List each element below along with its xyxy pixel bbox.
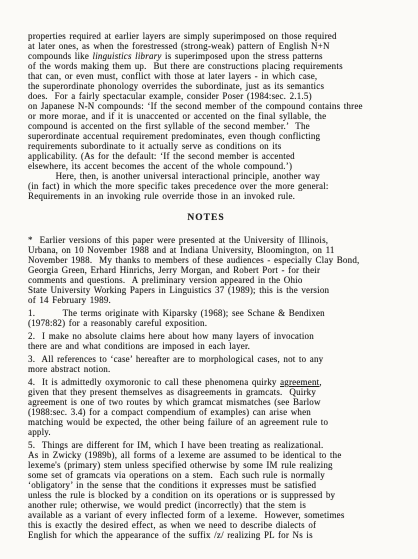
text-line: the superordinate phonology overrides th… bbox=[28, 81, 398, 91]
text-line: apply. bbox=[28, 427, 398, 437]
footnote-2: 2. I make no absolute claims here about … bbox=[28, 331, 398, 351]
body-paragraph-superimposition: properties required at earlier layers ar… bbox=[28, 31, 398, 171]
text-line: (in fact) in which the more specific tak… bbox=[28, 181, 398, 191]
text-line: compound is accented on the first syllab… bbox=[28, 121, 398, 131]
text-line: unless the rule is blocked by a conditio… bbox=[28, 490, 398, 500]
text-line: does. For a fairly spectacular example, … bbox=[28, 91, 398, 101]
text-line: November 1988. My thanks to members of t… bbox=[28, 255, 398, 265]
text-line: some set of gramcats via operations on a… bbox=[28, 470, 398, 480]
text-line: applicability. (As for the default: ‘If … bbox=[28, 151, 398, 161]
text-line: agreement is one of two routes by which … bbox=[28, 397, 398, 407]
text-line: (1978:82) for a reasonably careful expos… bbox=[28, 318, 398, 328]
text-line: English for which the appearance of the … bbox=[28, 530, 398, 540]
text-line: Requirements in an invoking rule overrid… bbox=[28, 191, 398, 201]
text-line: of the words making them up. But there a… bbox=[28, 61, 398, 71]
text-line: this is exactly the desired effect, as w… bbox=[28, 520, 398, 530]
text-line: State University Working Papers in Lingu… bbox=[28, 285, 398, 295]
text-line: there are and what conditions are impose… bbox=[28, 341, 398, 351]
scanned-paper-page: properties required at earlier layers ar… bbox=[0, 0, 418, 559]
text-line: lexeme's (primary) stem unless specified… bbox=[28, 460, 398, 470]
footnote-5: 5. Things are different for IM, which I … bbox=[28, 440, 398, 540]
text-line: Here, then, is another universal interac… bbox=[28, 171, 398, 181]
footnote-4: 4. It is admittedly oxymoronic to call t… bbox=[28, 377, 398, 437]
text-line: on Japanese N-N compounds: ‘If the secon… bbox=[28, 101, 398, 111]
text-line: Urbana, on 10 November 1988 and at India… bbox=[28, 245, 398, 255]
text-line: at later ones, as when the forestressed … bbox=[28, 41, 398, 51]
footnote-3: 3. All references to ‘case’ hereafter ar… bbox=[28, 354, 398, 374]
text-line: more abstract notion. bbox=[28, 364, 398, 374]
text-line: superordinate accentual requirement pred… bbox=[28, 131, 398, 141]
text-line: Georgia Green, Erhard Hinrichs, Jerry Mo… bbox=[28, 265, 398, 275]
text-line: ‘obligatory’ in the sense that the condi… bbox=[28, 480, 398, 490]
text-line: elsewhere, its accent becomes the accent… bbox=[28, 161, 398, 171]
text-line: matching would be expected, the other be… bbox=[28, 417, 398, 427]
body-paragraph-interactional-principle: Here, then, is another universal interac… bbox=[28, 171, 398, 201]
text-line: of 14 February 1989. bbox=[28, 295, 398, 305]
text-line: compounds like linguistics library is su… bbox=[28, 51, 398, 61]
text-line: given that they present themselves as di… bbox=[28, 387, 398, 397]
text-line: As in Zwicky (1989b), all forms of a lex… bbox=[28, 450, 398, 460]
text-line: comments and questions. A preliminary ve… bbox=[28, 275, 398, 285]
text-line: 3. All references to ‘case’ hereafter ar… bbox=[28, 354, 398, 364]
footnote-1: 1. The terms originate with Kiparsky (19… bbox=[28, 308, 398, 328]
text-line: (1988:sec. 3.4) for a compact compendium… bbox=[28, 407, 398, 417]
text-line: properties required at earlier layers ar… bbox=[28, 31, 398, 41]
text-line: 5. Things are different for IM, which I … bbox=[28, 440, 398, 450]
text-line: 1. The terms originate with Kiparsky (19… bbox=[28, 308, 398, 318]
text-line: available as a variant of every inflecte… bbox=[28, 510, 398, 520]
text-line: requirements subordinate to it actually … bbox=[28, 141, 398, 151]
notes-section-heading: NOTES bbox=[28, 213, 384, 223]
text-line: 4. It is admittedly oxymoronic to call t… bbox=[28, 377, 398, 387]
text-line: 2. I make no absolute claims here about … bbox=[28, 331, 398, 341]
footnote-star-acknowledgments: * Earlier versions of this paper were pr… bbox=[28, 235, 398, 305]
text-line: that can, or even must, conflict with th… bbox=[28, 71, 398, 81]
text-line: * Earlier versions of this paper were pr… bbox=[28, 235, 398, 245]
text-line: or more morae, and if it is unaccented o… bbox=[28, 111, 398, 121]
text-line: another rule; otherwise, we would predic… bbox=[28, 500, 398, 510]
